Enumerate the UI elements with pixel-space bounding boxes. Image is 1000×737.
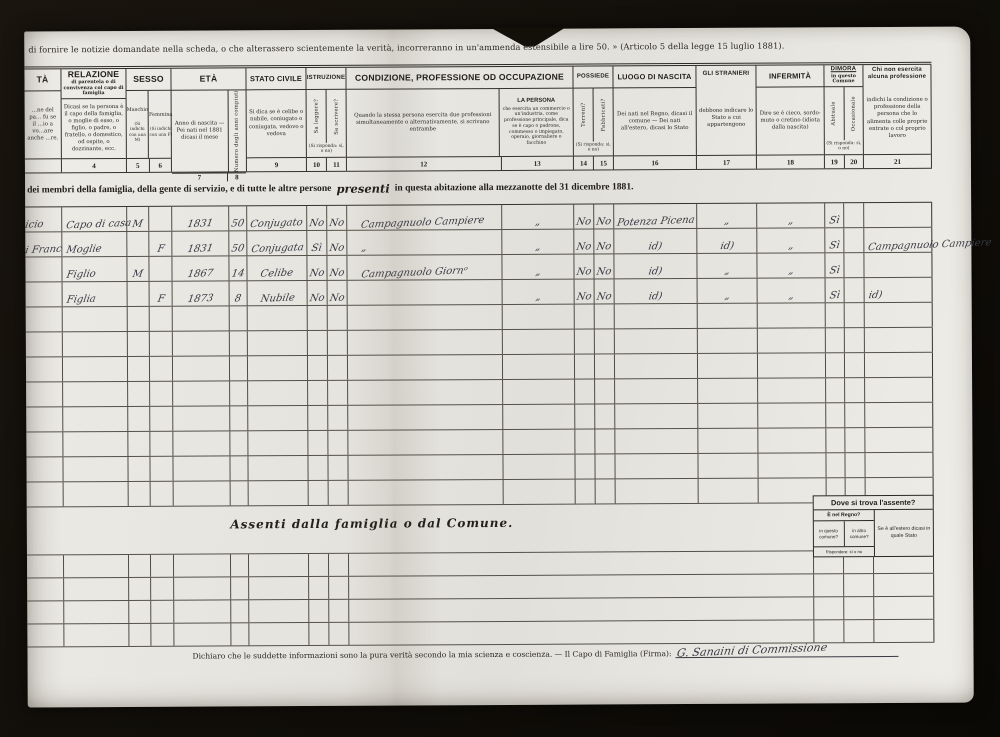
cell: No <box>307 256 327 280</box>
cell <box>329 554 349 576</box>
dove-regno: È nel Regno? <box>814 510 874 521</box>
cell <box>248 356 308 380</box>
cell: Sì <box>826 278 845 302</box>
cell: No <box>575 279 595 303</box>
cell <box>64 624 129 646</box>
cell: 14 <box>229 256 247 280</box>
col-num: 18 <box>757 155 824 168</box>
cell: Nubile <box>248 281 308 305</box>
cell <box>615 454 698 478</box>
cell: No <box>594 229 614 253</box>
cell <box>231 554 249 576</box>
assenti-rows <box>27 550 934 648</box>
cell <box>128 307 150 331</box>
cell: No <box>327 206 347 230</box>
cell: „ <box>502 205 574 229</box>
cell <box>845 278 865 302</box>
cell <box>328 381 348 405</box>
cell <box>698 429 758 453</box>
cell <box>845 378 865 402</box>
cell <box>814 597 844 619</box>
cell <box>349 551 814 575</box>
cell <box>595 454 615 478</box>
cell <box>595 429 615 453</box>
col-num: 7 <box>172 173 227 181</box>
dimora-title: DIMORA <box>831 66 857 73</box>
cell <box>615 304 698 328</box>
cell <box>865 353 933 377</box>
cell <box>150 307 173 331</box>
cell <box>230 356 248 380</box>
cell <box>328 356 348 380</box>
cell <box>758 428 826 452</box>
cell <box>826 453 845 477</box>
cell: „ <box>697 204 757 228</box>
cell: „ <box>757 253 825 277</box>
cell <box>64 555 129 577</box>
cell <box>814 620 844 642</box>
cell <box>63 432 128 456</box>
cell <box>826 378 845 402</box>
cell <box>826 403 845 427</box>
cell <box>128 407 150 431</box>
main-rows: icioCapo di casaM183150ConjugatoNoNoCamp… <box>25 203 934 508</box>
cell <box>308 406 328 430</box>
cell: „ <box>757 228 825 252</box>
cell <box>151 601 174 623</box>
presenti-pre: dei membri della famiglia, della gente d… <box>27 183 331 196</box>
cell <box>616 479 699 503</box>
presenti-post: in questa abitazione alla mezzanotte del… <box>395 181 634 193</box>
cell <box>503 380 575 404</box>
cell: 1831 <box>172 231 229 255</box>
cell: M <box>127 207 149 231</box>
presenti-em: presenti <box>336 181 389 195</box>
cell <box>248 431 308 455</box>
column-header-stranieri: GLI STRANIERI debbono indicare lo Stato … <box>696 66 757 169</box>
cell <box>27 601 64 623</box>
cell <box>596 479 616 503</box>
cell: No <box>574 254 594 278</box>
cell: id) <box>615 279 698 303</box>
cell <box>503 305 575 329</box>
cell <box>845 303 865 327</box>
cell: 50 <box>229 231 247 255</box>
cell <box>26 307 63 331</box>
cell: 1867 <box>172 256 229 280</box>
cell <box>231 600 249 622</box>
cell <box>844 620 874 642</box>
cell: i Franca <box>25 232 62 256</box>
cell: F <box>150 282 173 306</box>
cell <box>63 457 128 481</box>
cell <box>595 304 615 328</box>
cell <box>615 404 698 428</box>
cell <box>348 380 503 405</box>
cell <box>308 381 328 405</box>
istruzione-title: ISTRUZIONE <box>306 68 345 90</box>
col-num: 17 <box>697 156 756 169</box>
cell <box>698 329 758 353</box>
cell <box>150 382 173 406</box>
cell <box>173 381 230 405</box>
cell <box>595 379 615 403</box>
cell: Sì <box>825 203 844 227</box>
possiede-terreni: Terreni? <box>574 89 593 142</box>
condizione-due-prof: Quando la stessa persona esercita due pr… <box>347 89 500 157</box>
table-header: TÀ …ne del pa… fu se il …io a vo…are anc… <box>24 62 932 174</box>
cell <box>26 432 63 456</box>
cell <box>128 282 150 306</box>
signature: G. Sanaini di Commissione <box>676 642 828 659</box>
cell: No <box>308 281 328 305</box>
cell <box>814 574 844 596</box>
cell <box>249 623 309 645</box>
cell <box>864 253 932 277</box>
cell: Potenza Picena <box>614 204 697 228</box>
cell <box>864 203 932 227</box>
cell: Conjugato <box>247 206 307 230</box>
cell <box>874 597 934 619</box>
cell <box>230 306 248 330</box>
cell <box>63 407 128 431</box>
stato-desc: Si dica se è celibe o nubile, coniugato … <box>247 90 306 157</box>
istruzione-leggere: Sa leggere? <box>307 90 326 143</box>
cell <box>504 480 576 504</box>
cell: id) <box>865 278 933 302</box>
cell <box>865 378 933 402</box>
cell <box>173 456 230 480</box>
cell: 8 <box>230 281 248 305</box>
main-table: TÀ …ne del pa… fu se il …io a vo…are anc… <box>24 62 933 508</box>
stato-title: STATO CIVILE <box>246 68 305 90</box>
cell <box>349 597 814 621</box>
cell <box>128 457 150 481</box>
cell: „ <box>757 203 825 227</box>
cell <box>844 203 864 227</box>
cell <box>26 282 63 306</box>
cell: 1873 <box>173 281 230 305</box>
cell <box>328 406 348 430</box>
cell <box>151 578 174 600</box>
cell <box>64 482 129 506</box>
cell <box>151 482 174 506</box>
cell: No <box>594 254 614 278</box>
cell <box>174 554 231 576</box>
signature-line: G. Sanaini di Commissione <box>675 644 898 658</box>
cell <box>758 453 826 477</box>
cell <box>230 456 248 480</box>
cell <box>698 404 758 428</box>
col-num: 10 <box>307 158 326 171</box>
cell <box>64 578 129 600</box>
cell <box>845 353 865 377</box>
cell <box>503 355 575 379</box>
cell: „ <box>347 230 502 255</box>
cell <box>129 624 151 646</box>
cell <box>308 331 328 355</box>
eta-anni-compiuti: Numero degli anni compiuti <box>227 90 246 172</box>
cell <box>328 306 348 330</box>
cell <box>26 407 63 431</box>
cell: 50 <box>229 206 247 230</box>
cell: „ <box>503 280 575 304</box>
cell <box>758 353 826 377</box>
cell <box>248 306 308 330</box>
cell: „ <box>697 254 757 278</box>
cell <box>230 331 248 355</box>
cell <box>349 574 814 598</box>
cell <box>874 574 934 596</box>
cell <box>576 479 596 503</box>
cell <box>329 577 349 599</box>
cell: Campagnuolo Campiere <box>347 205 502 230</box>
cell <box>231 481 249 505</box>
cell: Sì <box>825 228 844 252</box>
cell <box>249 600 309 622</box>
cell <box>348 405 503 430</box>
cell <box>27 624 64 646</box>
dove-title: Dove si trova l'assente? <box>814 496 933 511</box>
cell <box>26 357 63 381</box>
cell <box>150 332 173 356</box>
cell <box>129 555 151 577</box>
column-header-chi-non-esercita: Chi non esercita alcuna professione indi… <box>863 65 932 168</box>
cell <box>248 456 308 480</box>
assenti-heading: Assenti dalla famiglia o dal Comune. <box>207 516 537 532</box>
cell: id) <box>614 254 697 278</box>
cell: „ <box>502 255 574 279</box>
cell <box>595 329 615 353</box>
penalty-notice: di fornire le notizie domandate nella sc… <box>28 40 958 55</box>
luogo-title: LUOGO DI NASCITA <box>613 66 695 88</box>
cell: No <box>327 256 347 280</box>
cell: icio <box>25 207 62 231</box>
col-num: 15 <box>593 156 613 169</box>
infermita-desc: Dire se è cieco, sordo-muto o cretino (i… <box>757 87 824 154</box>
cell <box>865 403 933 427</box>
cell <box>698 354 758 378</box>
cell <box>595 354 615 378</box>
cell <box>27 578 64 600</box>
condizione-title: CONDIZIONE, PROFESSIONE OD OCCUPAZIONE <box>346 67 572 90</box>
table-row <box>27 478 934 508</box>
cell: Figlia <box>63 282 128 306</box>
column-header-condizione: CONDIZIONE, PROFESSIONE OD OCCUPAZIONE Q… <box>346 67 574 171</box>
cell <box>348 330 503 355</box>
cell <box>826 328 845 352</box>
paternita-title: TÀ <box>24 69 60 91</box>
istruzione-note: (Si risponda: sì, o no) <box>307 143 346 157</box>
cell <box>64 601 129 623</box>
cell <box>231 577 249 599</box>
cell <box>308 456 328 480</box>
cell <box>27 482 64 506</box>
stranieri-desc: debbono indicare lo Stato a cui apparten… <box>697 82 756 155</box>
cell <box>503 430 575 454</box>
istruzione-scrivere: Sa scrivere? <box>326 90 346 143</box>
possiede-title: POSSIEDE <box>573 66 612 88</box>
paternita-desc: …ne del pa… fu se il …io a vo…are anche … <box>25 91 61 158</box>
cell: „ <box>502 230 574 254</box>
cell <box>329 600 349 622</box>
stranieri-title: GLI STRANIERI <box>696 66 755 82</box>
cell <box>308 356 328 380</box>
cell <box>615 329 698 353</box>
col-num: 13 <box>501 157 573 170</box>
cell <box>230 406 248 430</box>
cell <box>615 429 698 453</box>
cell <box>26 382 63 406</box>
cell <box>309 623 329 645</box>
cell <box>173 431 230 455</box>
col-num: 5 <box>127 159 149 172</box>
sesso-maschio: Maschio (Si indichi con una M) <box>127 91 149 158</box>
cell <box>758 303 826 327</box>
cell: „ <box>758 278 826 302</box>
column-header-eta: ETÀ Anno di nascita — Pei nati nel 1881 … <box>171 68 247 171</box>
cell <box>63 357 128 381</box>
cell <box>173 406 230 430</box>
cell: Capo di casa <box>62 207 127 231</box>
column-header-stato-civile: STATO CIVILE Si dica se è celibe o nubil… <box>246 68 307 171</box>
cell <box>615 354 698 378</box>
cell <box>174 623 231 645</box>
cell <box>27 555 64 577</box>
cell <box>844 597 874 619</box>
chi-desc: indichi la condizione o professione dell… <box>864 83 931 154</box>
cell <box>865 453 933 477</box>
cell <box>575 404 595 428</box>
cell <box>328 431 348 455</box>
cell <box>25 257 62 281</box>
cell <box>758 328 826 352</box>
presenti-section-line: dei membri della famiglia, della gente d… <box>25 169 932 208</box>
cell: Celibe <box>247 256 307 280</box>
cell: No <box>328 281 348 305</box>
cell <box>309 481 329 505</box>
cell <box>698 454 758 478</box>
cell: No <box>574 204 594 228</box>
cell: Conjugata <box>247 231 307 255</box>
cell <box>348 455 503 480</box>
cell <box>128 382 150 406</box>
condizione-la-persona: LA PERSONA che esercita un commercio o u… <box>499 89 573 156</box>
col-num: 12 <box>347 157 501 171</box>
cell <box>845 403 865 427</box>
chi-title: Chi non esercita alcuna professione <box>863 65 930 83</box>
cell <box>845 428 865 452</box>
cell <box>575 454 595 478</box>
cell <box>698 379 758 403</box>
column-header-luogo-nascita: LUOGO DI NASCITA Dei nati nel Regno, dic… <box>613 66 697 169</box>
col-num: 9 <box>247 158 306 171</box>
cell <box>349 620 814 644</box>
cell <box>128 332 150 356</box>
sesso-title: SESSO <box>126 69 170 91</box>
cell <box>348 280 503 305</box>
cell: Campagnuolo Campiere <box>864 228 932 252</box>
cell <box>575 379 595 403</box>
cell <box>503 330 575 354</box>
dove-rispondere: Rispondere: sì o no <box>814 546 874 556</box>
cell <box>575 329 595 353</box>
cell <box>149 207 172 231</box>
col-num: 4 <box>62 159 126 172</box>
relazione-subtitle: di parentela o di convivenza col capo di… <box>62 80 124 97</box>
col-num: 6 <box>148 159 171 172</box>
possiede-note: (Si risponda: sì, o no) <box>574 141 613 155</box>
cell: No <box>574 229 594 253</box>
cell <box>865 428 933 452</box>
census-form-page: di fornire le notizie domandate nella sc… <box>24 27 974 708</box>
cell <box>699 479 759 503</box>
col-num: 16 <box>614 156 696 169</box>
cell <box>328 456 348 480</box>
cell <box>249 554 309 576</box>
cell <box>826 303 845 327</box>
cell <box>844 574 874 596</box>
cell <box>149 257 172 281</box>
dimora-subtitle: in questo Comune <box>825 74 861 85</box>
column-header-possiede: POSSIEDE Terreni? Fabbricati? (Si rispon… <box>573 66 614 169</box>
cell: F <box>149 232 172 256</box>
cell <box>150 457 173 481</box>
cell <box>129 578 151 600</box>
cell <box>575 304 595 328</box>
cell: Moglie <box>62 232 127 256</box>
cell: Sì <box>825 253 844 277</box>
cell <box>129 482 151 506</box>
cell <box>248 381 308 405</box>
column-header-dimora: DIMORA in questo Comune Abituale Occasio… <box>824 65 864 168</box>
infermita-title: INFERMITÀ <box>756 65 823 87</box>
cell <box>248 331 308 355</box>
cell <box>844 228 864 252</box>
cell <box>329 481 349 505</box>
eta-title: ETÀ <box>171 68 245 90</box>
sesso-femmina: Femmina (Si indichi con una F) <box>148 91 173 158</box>
cell <box>63 307 128 331</box>
possiede-fabbricati: Fabbricati? <box>593 88 613 141</box>
cell <box>309 577 329 599</box>
cell: No <box>327 231 347 255</box>
cell <box>63 382 128 406</box>
cell <box>174 577 231 599</box>
cell <box>309 554 329 576</box>
column-header-istruzione: ISTRUZIONE Sa leggere? Sa scrivere? (Si … <box>306 68 347 171</box>
cell <box>308 431 328 455</box>
cell: M <box>127 257 149 281</box>
col-num: 8 <box>227 173 246 181</box>
cell: Figlio <box>62 257 127 281</box>
col-num: 21 <box>864 155 931 168</box>
cell <box>173 306 230 330</box>
relazione-title: RELAZIONE <box>68 70 120 80</box>
cell <box>865 303 933 327</box>
cell <box>63 332 128 356</box>
cell <box>308 306 328 330</box>
cell <box>248 406 308 430</box>
col-num: 20 <box>843 155 863 168</box>
cell: id) <box>614 229 697 253</box>
cell <box>173 331 230 355</box>
col-num: 14 <box>574 157 593 170</box>
dimora-abituale: Abituale <box>825 87 844 140</box>
cell <box>615 379 698 403</box>
cell <box>128 357 150 381</box>
dimora-occasionale: Occasionale <box>843 87 863 140</box>
